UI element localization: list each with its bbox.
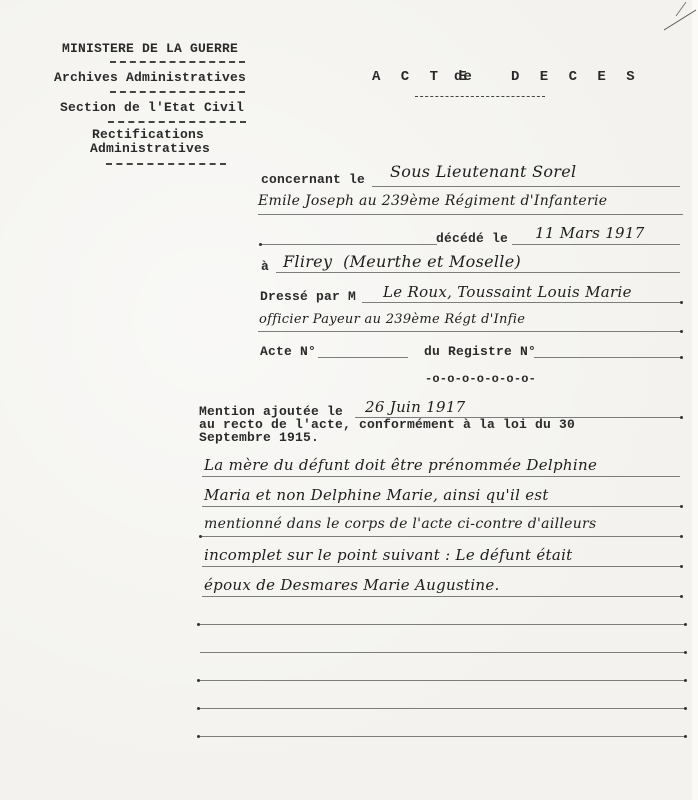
decede-label: décédé le: [436, 231, 508, 246]
form-rule: [258, 331, 680, 332]
form-rule: [202, 536, 680, 537]
pencil-mark-icon: [658, 2, 698, 32]
form-rule: [202, 566, 680, 567]
header-separator: [108, 121, 246, 123]
blank-rule: [200, 680, 684, 681]
registre-number-field: [534, 357, 680, 358]
ministry-heading: MINISTERE DE LA GUERRE: [62, 41, 238, 56]
form-rule: [512, 244, 680, 245]
section-separator: -o-o-o-o-o-o-o-: [425, 372, 536, 386]
blank-rule: [200, 652, 684, 653]
form-rule: [202, 596, 680, 597]
title-deces: D E C E S: [511, 69, 641, 85]
subsection-heading-line2: Administratives: [90, 141, 210, 156]
header-separator: [106, 163, 226, 165]
mention-date-value: 26 Juin 1917: [365, 398, 466, 416]
blank-rule: [200, 708, 684, 709]
header-separator: [110, 91, 245, 93]
page-edge: [692, 0, 698, 800]
mention-text-line3: Septembre 1915.: [199, 430, 319, 445]
form-rule: [372, 186, 680, 187]
concernant-label: concernant le: [261, 172, 365, 187]
form-rule: [362, 302, 680, 303]
concernant-value-line2: Emile Joseph au 239ème Régiment d'Infant…: [258, 193, 607, 209]
handwritten-line: La mère du défunt doit être prénommée De…: [204, 456, 597, 474]
title-de: de: [454, 69, 473, 85]
lieu-label: à: [261, 259, 269, 274]
lieu-value: Flirey (Meurthe et Moselle): [283, 252, 521, 271]
title-underline: [415, 96, 545, 97]
form-rule: [202, 476, 680, 477]
section-heading: Section de l'Etat Civil: [60, 100, 244, 115]
department-heading: Archives Administratives: [54, 70, 246, 85]
decede-value: 11 Mars 1917: [535, 224, 645, 242]
handwritten-line: Maria et non Delphine Marie, ainsi qu'il…: [204, 486, 549, 504]
dresse-value-line2: officier Payeur au 239ème Régt d'Infie: [259, 312, 525, 327]
form-rule: [262, 244, 437, 245]
blank-rule: [200, 624, 684, 625]
concernant-value: Sous Lieutenant Sorel: [390, 162, 576, 181]
header-separator: [110, 61, 245, 63]
dresse-label: Dressé par M: [260, 289, 356, 304]
subsection-heading-line1: Rectifications: [92, 127, 204, 142]
document-page: MINISTERE DE LA GUERRE Archives Administ…: [0, 0, 698, 800]
form-rule: [276, 272, 680, 273]
form-rule: [202, 506, 680, 507]
handwritten-line: incomplet sur le point suivant : Le défu…: [204, 546, 573, 564]
dresse-value: Le Roux, Toussaint Louis Marie: [383, 283, 632, 301]
blank-rule: [200, 736, 684, 737]
handwritten-line: époux de Desmares Marie Augustine.: [204, 576, 500, 594]
form-rule: [258, 214, 683, 215]
registre-label: du Registre N°: [424, 344, 536, 359]
acte-label: Acte N°: [260, 344, 316, 359]
handwritten-line: mentionné dans le corps de l'acte ci-con…: [204, 516, 597, 532]
acte-number-field: [318, 357, 408, 358]
